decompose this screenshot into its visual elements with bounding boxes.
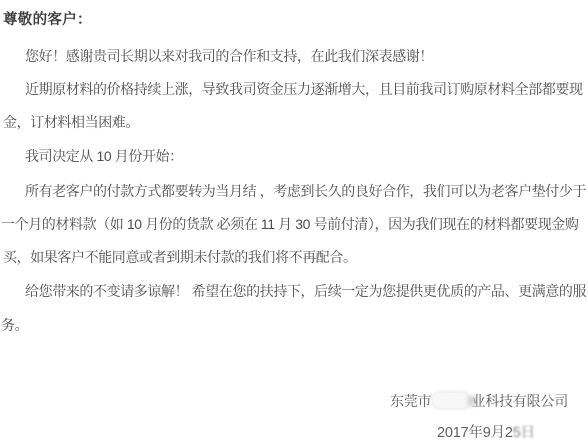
date-visible-part: 2017年9月2 <box>437 425 513 441</box>
letter-line: 您好！感谢贵司长期以来对我司的合作和支持，在此我们深表感谢！ <box>25 48 433 65</box>
letter-line: 所有老客户的付款方式都要转为当月结 ，考虑到长久的良好合作，我们可以为老客户垫付… <box>25 183 586 200</box>
letter-line: 买，如果客户不能同意或者到期未付款的我们将不再配合。 <box>3 249 357 266</box>
company-name-redaction-blur <box>433 393 469 408</box>
letter-document: 尊敬的客户： 您好！感谢贵司长期以来对我司的合作和支持，在此我们深表感谢！ 近期… <box>0 0 588 444</box>
letter-line: 给您带来的不变请多谅解！ 希望在您的扶持下，后续一定为您提供更优质的产品、更满意… <box>25 283 586 300</box>
letter-line: 一个月的材料款（如 10 月份的货款 必须在 11 月 30 号前付清），因为我… <box>1 216 579 233</box>
letter-line: 金，订材料相当困难。 <box>3 114 139 131</box>
date-blurred-part: 5日 <box>513 425 535 441</box>
company-name-prefix: 东莞市 <box>390 393 431 409</box>
letter-line: 近期原材料的价格持续上涨，导致我司资金压力逐渐增大，且目前我司订购原材料全部都要… <box>25 81 583 98</box>
letter-line: 我司决定从 10 月份开始： <box>25 148 183 165</box>
signature-date: 2017年9月25日 <box>437 421 535 442</box>
letter-line: 务。 <box>1 317 28 334</box>
letter-salutation: 尊敬的客户： <box>3 12 92 29</box>
company-name-suffix: 业科技有限公司 <box>471 393 568 409</box>
signature-company-name: 东莞市业科技有限公司 <box>390 391 568 411</box>
